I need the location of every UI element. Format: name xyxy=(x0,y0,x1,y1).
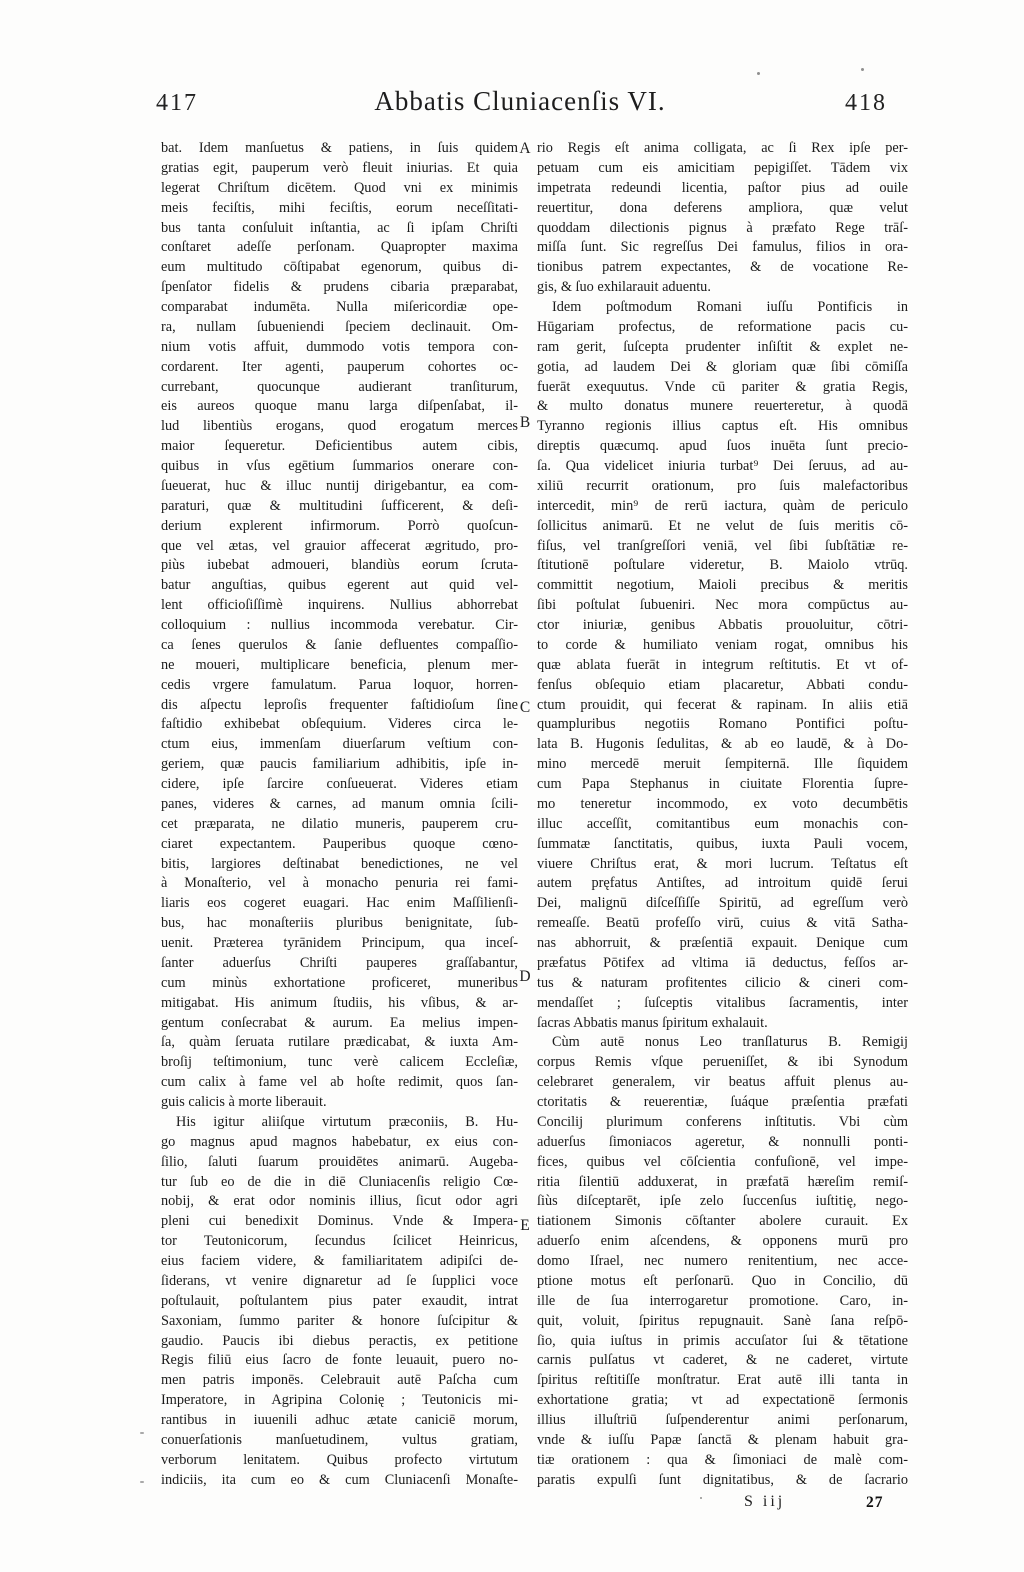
text-line: lud libentiùs erogans, quod erogatum mer… xyxy=(161,417,518,437)
text-line: ptione motus eſt perſonarū. Quo in Conci… xyxy=(537,1272,908,1292)
text-line: cidere, ipſe ſarcire conſueuerat. Videre… xyxy=(161,775,518,795)
text-line: comparabat indumēta. Nulla miſericordiæ … xyxy=(161,298,518,318)
text-line: quibus in vſus egētium ſummarios onerare… xyxy=(161,457,518,477)
text-line: Dei, malignū diſceſſiſſe Spiritū, ad egr… xyxy=(537,894,908,914)
text-line: intercedit, min⁹ de rerū iactura, quàm d… xyxy=(537,497,908,517)
text-line: à Monaſterio, vel à monacho penuria rei … xyxy=(161,874,518,894)
text-line: conſtaret adeſſe perſonam. Quapropter ma… xyxy=(161,238,518,258)
page-number-right: 418 xyxy=(845,90,887,117)
text-line: fenſus obſequio etiam placaretur, Abbati… xyxy=(537,676,908,696)
text-line: ſa, quàm ſeruata rutilare prædicabat, & … xyxy=(161,1033,518,1053)
scan-speck xyxy=(700,1497,702,1499)
text-line: rio Regis eſt anima colligata, ac ſi Rex… xyxy=(537,139,908,159)
text-line: Cùm autē nonus Leo tranſlaturus B. Remig… xyxy=(537,1033,908,1053)
text-line: nium votis affuit, dummodo votis tempora… xyxy=(161,338,518,358)
text-line: eis aureos quoque manu larga diſpenſabat… xyxy=(161,397,518,417)
text-line: ſueuerat, huc & illuc nuntij dirigebantu… xyxy=(161,477,518,497)
text-line: meis feciſtis, mihi feciſtis, eorum nece… xyxy=(161,199,518,219)
text-line: autem pręfatus Antiſtes, ad introitum qu… xyxy=(537,874,908,894)
text-line: ca ſenes querulos & ſanie defluentes com… xyxy=(161,636,518,656)
text-line: indiciis, ita cum eo & cum Cluniacenſi M… xyxy=(161,1471,518,1491)
text-line: tus & naturam profitentes cilicio & cine… xyxy=(537,974,908,994)
text-line: uenit. Præterea tyrānidem Principum, qua… xyxy=(161,934,518,954)
text-line: celebraret generalem, vir beatus affuit … xyxy=(537,1073,908,1093)
text-line: rantibus in iuuenili adhuc ætate caniciē… xyxy=(161,1411,518,1431)
text-line: Hūgariam profectus, de reformatione paci… xyxy=(537,318,908,338)
text-line: Concilij plurimum conferens inſtitutis. … xyxy=(537,1113,908,1133)
text-line: petuam cum eis amicitiam pepigiſſet. Tād… xyxy=(537,159,908,179)
text-line: cordarent. Iter agenti, pauperum cohorte… xyxy=(161,358,518,378)
text-line: lata B. Hugonis ſedulitas, & ab eo laudē… xyxy=(537,735,908,755)
text-line: ritia ſilentiū adduxerat, in præfatā hær… xyxy=(537,1173,908,1193)
text-line: bus tanta conſuluit inſtantia, ac ſi ipſ… xyxy=(161,219,518,239)
text-line: faſtidio exhibebat obſequium. Videres ci… xyxy=(161,715,518,735)
text-line: Regis filiū eius ſacro de fonte leuauit,… xyxy=(161,1351,518,1371)
text-line: gotia, ad laudem Dei & gloriam quæ ſibi … xyxy=(537,358,908,378)
text-line: ſpenſator fidelis & prudens cibaria præp… xyxy=(161,278,518,298)
text-line: Tyranno regionis illius captus eſt. His … xyxy=(537,417,908,437)
text-line: gis, & ſuo exhilarauit aduentu. xyxy=(537,278,908,298)
text-line: bus, hac monaſteriis pluribus benignitat… xyxy=(161,914,518,934)
signature-mark: S iij xyxy=(744,1493,785,1511)
scan-speck xyxy=(140,1481,144,1483)
text-line: fices, quibus vel cōſcientia confuſionē,… xyxy=(537,1153,908,1173)
text-line: ſpiritus reſtitiſſe monſtratur. Erat aut… xyxy=(537,1371,908,1391)
text-line: ſtitutionē poſtulare videretur, B. Maiol… xyxy=(537,556,908,576)
margin-letter-c: C xyxy=(512,699,538,717)
text-line: quampluribus negotiis Romano Pontifici p… xyxy=(537,715,908,735)
text-line: tur ſub eo de die in diē Cluniacenſis re… xyxy=(161,1173,518,1193)
text-line: derium explerent infirmorum. Porrò quoſc… xyxy=(161,517,518,537)
text-line: men patris imponēs. Celebrauit autē Paſc… xyxy=(161,1371,518,1391)
scan-speck xyxy=(757,72,760,75)
text-line: cum minùs exhortatione proficeret, muner… xyxy=(161,974,518,994)
text-line: mendaſſet ; ſuſceptis vitalibus ſacramen… xyxy=(537,994,908,1014)
text-line: xiliū recurrit orationum, pro ſuis malef… xyxy=(537,477,908,497)
margin-letter-d: D xyxy=(512,968,538,986)
text-line: geriem, quæ paucis familiarium adhibitis… xyxy=(161,755,518,775)
text-line: eum multitudo cōſtipabat egenorum, quibu… xyxy=(161,258,518,278)
text-line: ſilio, ſaluti ſuarum prouidētes animarū.… xyxy=(161,1153,518,1173)
text-line: miſſa ſunt. Sic regreſſus Dei famulus, f… xyxy=(537,238,908,258)
text-line: paratis expulſi ſunt dignitatibus, & de … xyxy=(537,1471,908,1491)
text-line: colloquium : nullius incommoda verebatur… xyxy=(161,616,518,636)
text-line: ctor iniuriæ, genibus Abbatis prouoluitu… xyxy=(537,616,908,636)
text-line: remeaſſe. Beatū profeſſo virū, cuius & v… xyxy=(537,914,908,934)
text-line: fuerāt exequutus. Vnde cū pariter & grat… xyxy=(537,378,908,398)
text-line: tionibus patrem expectantes, & de vocati… xyxy=(537,258,908,278)
text-line: ram gerit, ſuſcepta prudenter inſiſtit &… xyxy=(537,338,908,358)
margin-letter-a: A xyxy=(512,140,538,158)
text-line: committit negotium, Maioli precibus & me… xyxy=(537,576,908,596)
text-line: Idem poſtmodum Romani iuſſu Pontificis i… xyxy=(537,298,908,318)
text-line: ille de ſua interrogaretur promotione. C… xyxy=(537,1292,908,1312)
text-line: maior ſequeretur. Deficientibus autem ci… xyxy=(161,437,518,457)
text-line: ſollicitus animarū. Et ne velut de ſuis … xyxy=(537,517,908,537)
text-line: ctum prouidit, qui fecerat & rapinam. In… xyxy=(537,696,908,716)
text-line: que vel ætas, vel grauior affecerat ægri… xyxy=(161,537,518,557)
text-line: piùs iubebat admoueri, blandiùs eorum ſc… xyxy=(161,556,518,576)
text-line: ſio, quia iuſtus in primis accuſator ſui… xyxy=(537,1332,908,1352)
text-line: Saxoniam, ſummo pariter & honore ſuſcipi… xyxy=(161,1312,518,1332)
text-line: cedis vrgere famulatum. Parua loquor, ho… xyxy=(161,676,518,696)
text-line: poſtulauit, poſtulantem pius pater exaud… xyxy=(161,1292,518,1312)
text-line: paraturi, quæ & multitudini ſufficerent,… xyxy=(161,497,518,517)
text-line: impetrata redeundi licentia, paſtor pius… xyxy=(537,179,908,199)
margin-letter-b: B xyxy=(512,414,538,432)
text-line: ra, nullam ſubueniendi ſpeciem declinaui… xyxy=(161,318,518,338)
right-column: rio Regis eſt anima colligata, ac ſi Rex… xyxy=(537,139,908,1491)
text-line: ſibi poſtulat ſubueniri. Nec mora compūc… xyxy=(537,596,908,616)
text-line: ſacras Abbatis manus ſpiritum exhalauit. xyxy=(537,1014,908,1034)
text-line: nobij, & erat odor nominis illius, ſicut… xyxy=(161,1192,518,1212)
text-line: legerat Chriſtum dicētem. Quod vni ex mi… xyxy=(161,179,518,199)
text-line: go magnus apud magnos habebatur, ex eius… xyxy=(161,1133,518,1153)
text-line: reuertitur, dona deferens ampliora, quæ … xyxy=(537,199,908,219)
text-line: tiationem Simonis cōſtanter abolere cura… xyxy=(537,1212,908,1232)
text-line: pleni cui benedixit Dominus. Vnde & Impe… xyxy=(161,1212,518,1232)
text-line: dis aſpectu leproſis frequenter faſtidio… xyxy=(161,696,518,716)
text-line: carnis pulſatus vt caderet, & ne caderet… xyxy=(537,1351,908,1371)
text-line: ciaret expectantem. Pauperibus quoque cœ… xyxy=(161,835,518,855)
text-line: ſa. Qua videlicet iniuria turbat⁹ Dei ſe… xyxy=(537,457,908,477)
text-line: exhortatione gratia; vt ad expectationē … xyxy=(537,1391,908,1411)
scan-speck xyxy=(140,1432,144,1434)
text-line: guis calicis à morte liberauit. xyxy=(161,1093,518,1113)
text-line: currebant, quocunque audierant tranſitur… xyxy=(161,378,518,398)
left-column: bat. Idem manſuetus & patiens, in ſuis q… xyxy=(161,139,518,1491)
text-line: vnde & iuſſu Papæ ſanctā & plenam habuit… xyxy=(537,1431,908,1451)
text-line: gaudio. Paucis ibi diebus peractis, ex p… xyxy=(161,1332,518,1352)
text-line: ctum eius, immenſam diuerſarum veſtium c… xyxy=(161,735,518,755)
text-line: quit, voluit, ſpiritus repugnauit. Sanè … xyxy=(537,1312,908,1332)
text-line: tiæ orationem : qua & ſimoniaci de malè … xyxy=(537,1451,908,1471)
text-line: corpus Remis vſque perueniſſet, & ibi Sy… xyxy=(537,1053,908,1073)
text-line: cum calix à fame vel ab hoſte redimit, q… xyxy=(161,1073,518,1093)
text-line: gratias egit, pauperum verò fleuit iniur… xyxy=(161,159,518,179)
text-line: conuerſationis manſuetudinem, vultus gra… xyxy=(161,1431,518,1451)
text-line: & multo donatus munere reuerteretur, à q… xyxy=(537,397,908,417)
text-line: illuc acceſſit, comitantibus eum monachi… xyxy=(537,815,908,835)
text-line: tor Teutonicorum, ſecundus ſcilicet Hein… xyxy=(161,1232,518,1252)
text-line: ſiderans, vt venire dignaretur ad ſe ſup… xyxy=(161,1272,518,1292)
text-line: cum Papa Stephanus in ciuitate Florentia… xyxy=(537,775,908,795)
text-line: viuere Chriſtus erat, & mori lucrum. Teſ… xyxy=(537,855,908,875)
text-line: liaris eos cogeret euagari. Hac enim Maſ… xyxy=(161,894,518,914)
scan-speck xyxy=(861,68,864,71)
text-line: mitigabat. His animum ſtudiis, his vſibu… xyxy=(161,994,518,1014)
text-line: ſummatæ ſanctitatis, quibus, iuxta Pauli… xyxy=(537,835,908,855)
text-line: bitis, largiores deſtinabat benedictione… xyxy=(161,855,518,875)
text-line: batur anguſtias, quibus egerent aut quid… xyxy=(161,576,518,596)
text-line: cet præparata, ne dilatio muneris, paupe… xyxy=(161,815,518,835)
text-line: gentum conſecrabat & aurum. Ea melius im… xyxy=(161,1014,518,1034)
text-line: præfatus Pōtifex ad vltima iā deductus, … xyxy=(537,954,908,974)
margin-letter-e: E xyxy=(512,1217,538,1235)
text-line: ſanter aduerſus Chriſti pauperes graſſab… xyxy=(161,954,518,974)
text-line: bat. Idem manſuetus & patiens, in ſuis q… xyxy=(161,139,518,159)
text-line: aduerſo enim aſcendens, & opponens murū … xyxy=(537,1232,908,1252)
text-line: mino mercedē meruit ſempiternā. Ille ſiq… xyxy=(537,755,908,775)
text-line: aduerſus ſimoniacos ageretur, & nonnulli… xyxy=(537,1133,908,1153)
text-line: ſiùs diſceptarēt, ipſe zelo ſuccenſus iu… xyxy=(537,1192,908,1212)
text-line: lent officioſiſſimè inquirens. Nullius a… xyxy=(161,596,518,616)
text-line: mo teneretur incommodo, ex voto decumbēt… xyxy=(537,795,908,815)
sheet-number: 27 xyxy=(866,1494,884,1512)
text-line: quæ ablata fuerāt in integrum reſtitutis… xyxy=(537,656,908,676)
text-line: His igitur aliiſque virtutum præconiis, … xyxy=(161,1113,518,1133)
text-line: panes, videres & carnes, ad manum omnia … xyxy=(161,795,518,815)
text-line: broſij teſtimonium, tunc verè calicem Ec… xyxy=(161,1053,518,1073)
text-line: verborum lenitatem. Quibus profecto virt… xyxy=(161,1451,518,1471)
text-line: quoddam dilectionis pignus à præfato Reg… xyxy=(537,219,908,239)
text-line: nas abhorruit, & præſentiā expauit. Deni… xyxy=(537,934,908,954)
text-line: illius illuſtriū ſuſpenderentur animi pe… xyxy=(537,1411,908,1431)
text-line: eius faciem videre, & familiaritatem adi… xyxy=(161,1252,518,1272)
text-line: Imperatore, in Agripina Colonię ; Teuton… xyxy=(161,1391,518,1411)
text-line: fiſus, vel tranſgreſſori veniā, vel ſibi… xyxy=(537,537,908,557)
text-line: to corde & humiliato veniam rogat, omnib… xyxy=(537,636,908,656)
text-line: direptis quæcumq. apud ſuos inuēta ſunt … xyxy=(537,437,908,457)
text-line: ctoritatis & reuerentiæ, ſuáque præſenti… xyxy=(537,1093,908,1113)
text-line: domo Iſrael, nec numero renitentium, nec… xyxy=(537,1252,908,1272)
text-line: ne moueri, multiplicare beneficia, plenu… xyxy=(161,656,518,676)
